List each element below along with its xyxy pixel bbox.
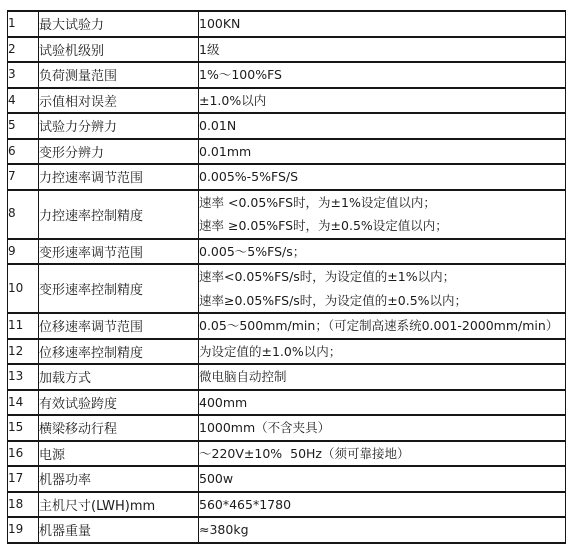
parameter-name: 力控速率控制精度 — [39, 190, 199, 239]
parameter-value: 500w — [199, 466, 566, 492]
parameter-name: 变形速率调节范围 — [39, 239, 199, 265]
table-row: 8力控速率控制精度速率 <0.05%FS时，为±1%设定值以内；速率 ≥0.05… — [8, 190, 566, 239]
table-row: 17机器功率500w — [8, 466, 566, 492]
row-number: 12 — [8, 339, 39, 365]
parameter-name: 机器功率 — [39, 466, 199, 492]
parameter-value: ≈380kg — [199, 517, 566, 543]
table-row: 15横梁移动行程1000mm（不含夹具） — [8, 415, 566, 441]
value-line: 1%～100%FS — [199, 63, 565, 87]
parameter-name: 位移速率调节范围 — [39, 313, 199, 339]
value-line: 1级 — [199, 38, 565, 62]
value-line: 560*465*1780 — [199, 493, 565, 517]
table-row: 2试验机级别1级 — [8, 37, 566, 63]
value-line: 0.01mm — [199, 140, 565, 164]
row-number: 8 — [8, 190, 39, 239]
spec-table-container: 1最大试验力100KN2试验机级别1级3负荷测量范围1%～100%FS4示值相对… — [7, 10, 566, 544]
parameter-name: 有效试验跨度 — [39, 390, 199, 416]
parameter-name: 示值相对误差 — [39, 88, 199, 114]
row-number: 14 — [8, 390, 39, 416]
parameter-name: 加载方式 — [39, 364, 199, 390]
table-row: 9变形速率调节范围0.005～5%FS/s； — [8, 239, 566, 265]
row-number: 1 — [8, 11, 39, 37]
value-line: 100KN — [199, 12, 565, 36]
parameter-value: 速率<0.05%FS/s时，为设定值的±1%以内；速率≥0.05%FS/s时，为… — [199, 264, 566, 313]
value-line: ～220V±10% 50Hz（须可靠接地） — [199, 442, 565, 466]
parameter-name: 负荷测量范围 — [39, 62, 199, 88]
parameter-value: ～220V±10% 50Hz（须可靠接地） — [199, 441, 566, 467]
parameter-value: 0.005～5%FS/s； — [199, 239, 566, 265]
value-line: 速率 ≥0.05%FS时，为±0.5%设定值以内； — [199, 214, 565, 238]
row-number: 13 — [8, 364, 39, 390]
parameter-value: 0.01N — [199, 113, 566, 139]
value-line: 400mm — [199, 391, 565, 415]
row-number: 3 — [8, 62, 39, 88]
row-number: 17 — [8, 466, 39, 492]
value-line: 速率<0.05%FS/s时，为设定值的±1%以内； — [199, 265, 565, 289]
value-line: 0.01N — [199, 114, 565, 138]
row-number: 5 — [8, 113, 39, 139]
row-number: 15 — [8, 415, 39, 441]
table-row: 18主机尺寸(LWH)mm560*465*1780 — [8, 492, 566, 518]
value-line: 1000mm（不含夹具） — [199, 416, 565, 440]
parameter-value: 1级 — [199, 37, 566, 63]
parameter-value: 400mm — [199, 390, 566, 416]
row-number: 4 — [8, 88, 39, 114]
parameter-value: 1000mm（不含夹具） — [199, 415, 566, 441]
spec-table-body: 1最大试验力100KN2试验机级别1级3负荷测量范围1%～100%FS4示值相对… — [8, 11, 566, 543]
parameter-value: 0.01mm — [199, 139, 566, 165]
parameter-value: 0.005%-5%FS/S — [199, 164, 566, 190]
value-line: 速率 <0.05%FS时，为±1%设定值以内； — [199, 191, 565, 215]
table-row: 3负荷测量范围1%～100%FS — [8, 62, 566, 88]
parameter-value: 速率 <0.05%FS时，为±1%设定值以内；速率 ≥0.05%FS时，为±0.… — [199, 190, 566, 239]
parameter-name: 最大试验力 — [39, 11, 199, 37]
parameter-name: 变形速率控制精度 — [39, 264, 199, 313]
parameter-name: 位移速率控制精度 — [39, 339, 199, 365]
parameter-name: 横梁移动行程 — [39, 415, 199, 441]
parameter-value: 微电脑自动控制 — [199, 364, 566, 390]
table-row: 13加载方式微电脑自动控制 — [8, 364, 566, 390]
parameter-value: 100KN — [199, 11, 566, 37]
table-row: 10变形速率控制精度速率<0.05%FS/s时，为设定值的±1%以内；速率≥0.… — [8, 264, 566, 313]
row-number: 10 — [8, 264, 39, 313]
parameter-name: 电源 — [39, 441, 199, 467]
parameter-name: 变形分辨力 — [39, 139, 199, 165]
value-line: ≈380kg — [199, 518, 565, 542]
row-number: 11 — [8, 313, 39, 339]
parameter-value: 0.05～500mm/min；（可定制高速系统0.001-2000mm/min） — [199, 313, 566, 339]
row-number: 6 — [8, 139, 39, 165]
row-number: 16 — [8, 441, 39, 467]
parameter-name: 主机尺寸(LWH)mm — [39, 492, 199, 518]
row-number: 9 — [8, 239, 39, 265]
table-row: 12位移速率控制精度为设定值的±1.0%以内； — [8, 339, 566, 365]
value-line: 为设定值的±1.0%以内； — [199, 340, 565, 364]
row-number: 2 — [8, 37, 39, 63]
parameter-value: 为设定值的±1.0%以内； — [199, 339, 566, 365]
value-line: 速率≥0.05%FS/s时，为设定值的±0.5%以内； — [199, 289, 565, 313]
row-number: 7 — [8, 164, 39, 190]
parameter-value: 1%～100%FS — [199, 62, 566, 88]
parameter-name: 机器重量 — [39, 517, 199, 543]
table-row: 14有效试验跨度400mm — [8, 390, 566, 416]
table-row: 11位移速率调节范围0.05～500mm/min；（可定制高速系统0.001-2… — [8, 313, 566, 339]
spec-table: 1最大试验力100KN2试验机级别1级3负荷测量范围1%～100%FS4示值相对… — [7, 10, 566, 544]
value-line: 0.05～500mm/min；（可定制高速系统0.001-2000mm/min） — [199, 314, 565, 338]
value-line: 0.005%-5%FS/S — [199, 165, 565, 189]
table-row: 4示值相对误差±1.0%以内 — [8, 88, 566, 114]
value-line: 0.005～5%FS/s； — [199, 240, 565, 264]
value-line: ±1.0%以内 — [199, 89, 565, 113]
parameter-name: 力控速率调节范围 — [39, 164, 199, 190]
table-row: 19机器重量≈380kg — [8, 517, 566, 543]
parameter-value: 560*465*1780 — [199, 492, 566, 518]
parameter-value: ±1.0%以内 — [199, 88, 566, 114]
table-row: 5试验力分辨力0.01N — [8, 113, 566, 139]
table-row: 6变形分辨力0.01mm — [8, 139, 566, 165]
row-number: 18 — [8, 492, 39, 518]
table-row: 1最大试验力100KN — [8, 11, 566, 37]
table-row: 16电源～220V±10% 50Hz（须可靠接地） — [8, 441, 566, 467]
value-line: 500w — [199, 467, 565, 491]
parameter-name: 试验机级别 — [39, 37, 199, 63]
value-line: 微电脑自动控制 — [199, 365, 565, 389]
parameter-name: 试验力分辨力 — [39, 113, 199, 139]
page: 1最大试验力100KN2试验机级别1级3负荷测量范围1%～100%FS4示值相对… — [0, 0, 571, 553]
table-row: 7力控速率调节范围0.005%-5%FS/S — [8, 164, 566, 190]
row-number: 19 — [8, 517, 39, 543]
